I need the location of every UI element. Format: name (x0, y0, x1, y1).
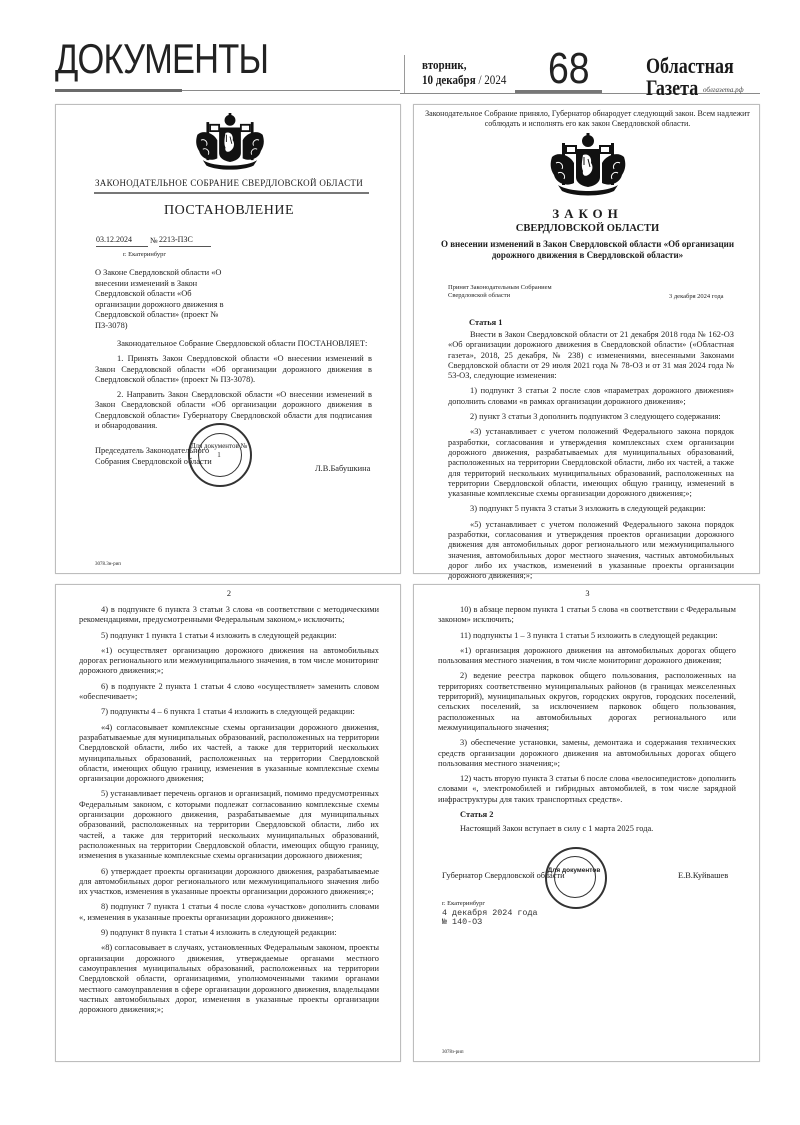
law-title: ЗАКОН (414, 209, 761, 219)
law-paragraph: «1) организация дорожного движения на ав… (438, 646, 736, 667)
page-number-label: 2 (56, 589, 402, 599)
signing-details: 4 декабря 2024 года № 140-ОЗ (442, 909, 538, 926)
law-page-1: Законодательное Собрание приняло, Губерн… (413, 104, 760, 574)
law-paragraph: 10) в абзаце первом пункта 1 статьи 5 сл… (438, 605, 736, 626)
law-paragraph: 7) подпункты 4 – 6 пункта 1 статьи 4 изл… (79, 707, 379, 717)
law-paragraph: 9) подпункт 8 пункта 1 статьи 4 изложить… (79, 928, 379, 938)
law-number: № 140-ОЗ (442, 918, 538, 927)
signer-name: Л.В.Бабушкина (315, 464, 370, 474)
law-body-page-2: 4) в подпункте 6 пункта 3 статьи 3 слова… (79, 605, 379, 1020)
law-paragraph: «5) устанавливает с учетом положений Фед… (448, 520, 734, 582)
stamp-text: Для документов № 1 (189, 442, 249, 459)
law-paragraph: 4) в подпункте 6 пункта 3 статьи 3 слова… (79, 605, 379, 626)
stamp-inner-ring (554, 856, 596, 898)
resolution-paragraph: 1. Принять Закон Свердловской области «О… (95, 354, 372, 385)
page-number-label: 3 (414, 589, 761, 599)
logo-line-1: Областная (646, 55, 734, 77)
header-divider (404, 55, 405, 93)
article-2-text: Настоящий Закон вступает в силу с 1 март… (438, 824, 736, 834)
law-preamble: Законодательное Собрание приняло, Губерн… (424, 109, 751, 128)
law-paragraph: 12) часть вторую пункта 3 статьи 6 после… (438, 774, 736, 805)
resolution-paragraph: Законодательное Собрание Свердловской об… (95, 339, 372, 349)
law-body-page-3: 10) в абзаце первом пункта 1 статьи 5 сл… (438, 605, 736, 840)
coat-of-arms-icon (546, 133, 630, 197)
issue-date: 10 декабря / 2024 (422, 72, 506, 87)
law-page-3: 3 10) в абзаце первом пункта 1 статьи 5 … (413, 584, 760, 1062)
law-paragraph: 5) устанавливает перечень органов и орга… (79, 789, 379, 861)
law-paragraph: 3) подпункт 5 пункта 3 статьи 3 изложить… (448, 504, 734, 514)
accepted-by: Принят Законодательным Собранием Свердло… (448, 284, 558, 300)
resolution-page: ЗАКОНОДАТЕЛЬНОЕ СОБРАНИЕ СВЕРДЛОВСКОЙ ОБ… (55, 104, 401, 574)
law-paragraph: 5) подпункт 1 пункта 1 статьи 4 изложить… (79, 631, 379, 641)
article-2-title: Статья 2 (438, 810, 736, 820)
page-number: 68 (548, 47, 590, 91)
footer-code: 3078з-рип (442, 1048, 464, 1058)
number-label: № (150, 236, 158, 246)
organization-rule (94, 192, 369, 194)
stamp-text: Для документов (544, 867, 604, 876)
section-title: ДОКУМЕНТЫ (55, 38, 268, 80)
law-name: О внесении изменений в Закон Свердловско… (434, 239, 741, 260)
law-paragraph: 11) подпункты 1 – 3 пункта 1 статьи 5 из… (438, 631, 736, 641)
law-paragraph: «3) устанавливает с учетом положений Фед… (448, 427, 734, 499)
header-rule-accent (55, 89, 182, 92)
law-paragraph: 2) пункт 3 статьи 3 дополнить подпунктом… (448, 412, 734, 422)
coat-of-arms-icon (190, 113, 270, 171)
law-paragraph: Внести в Закон Свердловской области от 2… (448, 330, 734, 381)
law-region: СВЕРДЛОВСКОЙ ОБЛАСТИ (414, 224, 761, 234)
law-paragraph: «1) осуществляет организацию дорожного д… (79, 646, 379, 677)
accepted-date: 3 декабря 2024 года (669, 292, 724, 302)
resolution-date: 03.12.2024 (96, 235, 132, 245)
number-underline (159, 246, 211, 247)
date-underline (96, 246, 148, 247)
law-paragraph: 8) подпункт 7 пункта 1 статьи 4 после сл… (79, 902, 379, 923)
law-paragraph: 2) ведение реестра парковок общего польз… (438, 671, 736, 733)
law-body-page-1: Внести в Закон Свердловской области от 2… (448, 330, 734, 587)
law-paragraph: 6) утверждает проекты организации дорожн… (79, 867, 379, 898)
issue-year: / 2024 (478, 72, 506, 87)
law-paragraph: 6) в подпункте 2 пункта 1 статьи 4 слово… (79, 682, 379, 703)
resolution-number: 2213-ПЗС (159, 235, 193, 245)
issue-date-day: 10 декабря (422, 72, 476, 87)
issue-weekday: вторник, (422, 57, 467, 72)
law-paragraph: «8) согласовывает в случаях, установленн… (79, 943, 379, 1015)
resolution-city: г. Екатеринбург (123, 250, 166, 260)
organization-name: ЗАКОНОДАТЕЛЬНОЕ СОБРАНИЕ СВЕРДЛОВСКОЙ ОБ… (56, 178, 402, 188)
article-1-title: Статья 1 (469, 318, 502, 328)
law-page-2: 2 4) в подпункте 6 пункта 3 статьи 3 сло… (55, 584, 401, 1062)
logo-line-2: Газета (646, 77, 698, 99)
resolution-subject: О Законе Свердловской области «О внесени… (95, 268, 235, 331)
document-type-title: ПОСТАНОВЛЕНИЕ (56, 206, 402, 216)
footer-code: 3078.3н-рип (95, 560, 121, 570)
page-number-rule (515, 90, 602, 93)
law-paragraph: 1) подпункт 3 статьи 2 после слов «парам… (448, 386, 734, 407)
logo-site: облгазета.рф (703, 86, 744, 94)
resolution-body: Законодательное Собрание Свердловской об… (95, 339, 372, 436)
governor-name: Е.В.Куйвашев (678, 871, 728, 881)
law-paragraph: 3) обеспечение установки, замены, демонт… (438, 738, 736, 769)
law-paragraph: «4) согласовывает комплексные схемы орга… (79, 723, 379, 785)
